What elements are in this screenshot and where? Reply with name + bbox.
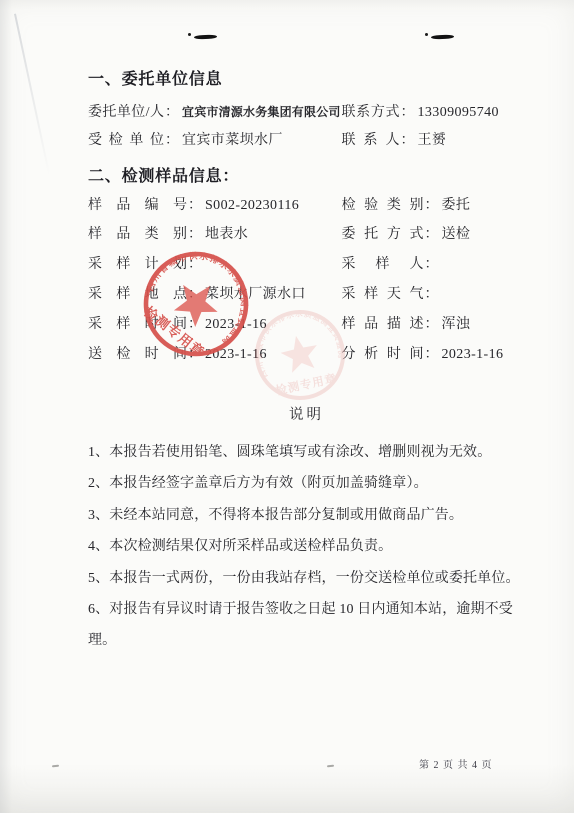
note-item: 2、本报告经签字盖章后方为有效（附页加盖骑缝章）。 (88, 468, 525, 499)
colon: ： (401, 103, 415, 122)
field-label: 样品描述 (342, 315, 424, 334)
field-label: 检验类别 (342, 196, 424, 215)
notes-title: 说明 (88, 404, 525, 426)
scanned-report-page: 一、委托单位信息 委托单位/人：宜宾市清源水务集团有限公司 联系方式：13309… (0, 0, 574, 813)
info-row: 委托单位/人：宜宾市清源水务集团有限公司 联系方式：13309095740 (88, 103, 548, 122)
section2-title: 二、检测样品信息： (88, 163, 239, 186)
info-row: 受检单位：宜宾市菜坝水厂 联系人：王赟 (88, 131, 548, 150)
colon: ： (425, 196, 439, 215)
scan-artifact-mark (425, 25, 454, 43)
field-label: 委托单位/人 (88, 103, 164, 122)
scan-artifact-mark (188, 25, 217, 43)
field-label: 采样人 (342, 255, 424, 274)
section1-title: 一、委托单位信息 (88, 66, 222, 89)
colon: ： (188, 196, 202, 215)
info-row: 样品编号：S002-20230116 检验类别：委托 (88, 196, 548, 215)
field-label: 联系方式 (342, 103, 400, 122)
field-label: 样品编号 (88, 196, 187, 215)
note-item: 4、本次检测结果仅对所采样品或送检样品负责。 (88, 531, 525, 562)
field-value: 王赟 (418, 133, 447, 148)
field-value: 13309095740 (418, 105, 499, 120)
paper-crease (14, 14, 50, 176)
colon: ： (165, 103, 179, 122)
field-value: 宜宾市菜坝水厂 (182, 133, 283, 148)
seal-caption: 检测专用章 (274, 371, 338, 398)
field-value: 浑浊 (442, 317, 471, 332)
star-icon (278, 332, 322, 374)
note-item: 5、本报告一式两份，一份由我站存档，一份交送检单位或委托单位。 (88, 563, 525, 594)
field-label: 联系人 (342, 131, 400, 150)
colon: ： (425, 255, 439, 274)
faint-seal-stamp: 四川省城市供水排水水质监测宜宾监测站 检测专用章 (238, 293, 361, 416)
colon: ： (425, 285, 439, 304)
field-label: 委托方式 (342, 225, 424, 244)
note-item: 6、对报告有异议时请于报告签收之日起 10 日内通知本站，逾期不受理。 (88, 594, 525, 657)
field-value: 宜宾市清源水务集团有限公司 (182, 105, 341, 119)
colon: ： (425, 225, 439, 244)
info-row: 样品类别：地表水 委托方式：送检 (88, 225, 548, 244)
colon: ： (425, 345, 439, 364)
colon: ： (425, 315, 439, 334)
note-item: 1、本报告若使用铅笔、圆珠笔填写或有涂改、增删则视为无效。 (88, 437, 525, 468)
field-value: 委托 (442, 198, 471, 213)
colon: ： (165, 131, 179, 150)
notes-section: 说明 1、本报告若使用铅笔、圆珠笔填写或有涂改、增删则视为无效。 2、本报告经签… (88, 404, 525, 657)
field-label: 采样天气 (342, 285, 424, 304)
field-label: 受检单位 (88, 131, 164, 150)
field-value: S002-20230116 (205, 198, 299, 213)
scan-artifact-dash (52, 765, 59, 768)
scan-edge-shadow (0, 0, 12, 813)
field-value: 送检 (442, 227, 471, 242)
field-value: 2023-1-16 (442, 347, 504, 362)
page-number: 第 2 页 共 4 页 (419, 756, 493, 771)
scan-artifact-dash (327, 765, 334, 768)
note-item: 3、未经本站同意，不得将本报告部分复制或用做商品广告。 (88, 500, 525, 531)
colon: ： (401, 131, 415, 150)
